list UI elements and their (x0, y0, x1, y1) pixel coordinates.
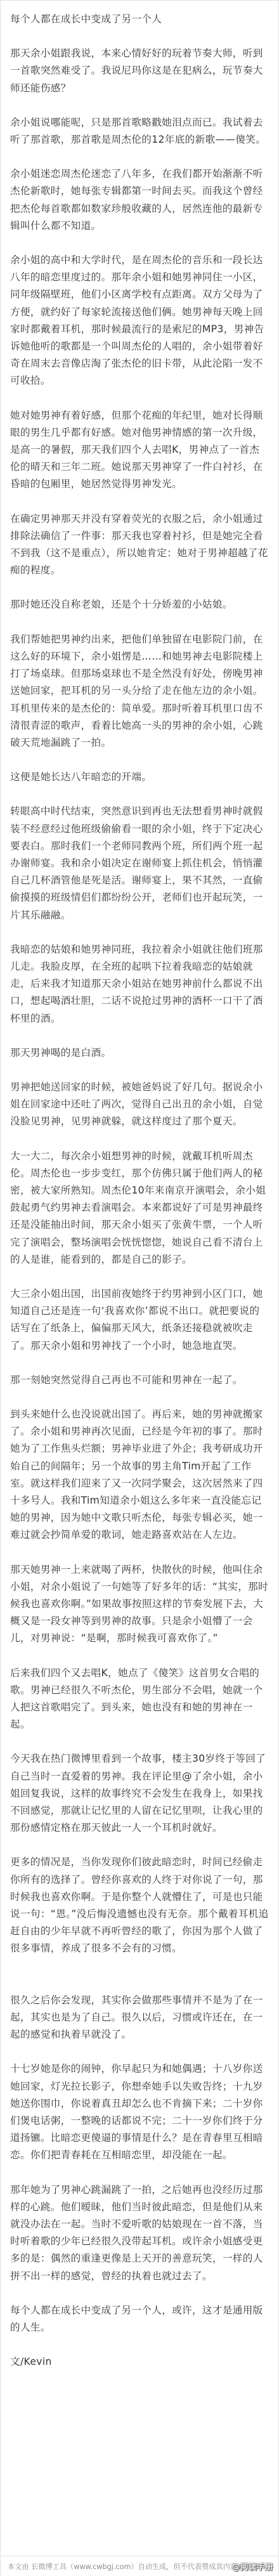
author-signature: 文/Kevin (10, 2353, 269, 2371)
paragraph-22: 很久之后你会发现，其实你会做那些事情并不是为了在一起，其实也是为了自己。很久以后… (10, 1992, 269, 2044)
paragraph-18: 那天她男神一上来就喝了两杯，快散伙的时候，他叫住余小姐，对余小姐说了一句她等了好… (10, 1561, 269, 1648)
paragraph-23: 十七岁她是你的闹钟，你早起只为和她偶遇；十八岁你送她回家，灯光拉长影子，你想牵她… (10, 2060, 269, 2164)
paragraph-12: 那天男神喝的是白酒。 (10, 1044, 269, 1062)
paragraph-5: 她对她男神有着好感，但那个花痴的年纪里，她对长得顺眼的男生几乎都有好感。她对他男… (10, 407, 269, 493)
paragraph-15: 大三余小姐出国，出国前夜她终于约男神到小区门口，她知道自己还是连一句‘我喜欢你’… (10, 1285, 269, 1355)
paragraph-19: 后来我们四个又去唱K，她点了《傻笑》这首男女合唱的歌。男神已经很久不听杰伦，男生… (10, 1665, 269, 1734)
paragraph-3: 余小姐迷恋周杰伦迷恋了八年多，在我们都开始渐渐不听杰伦新歌时，她每张专辑都第一时… (10, 166, 269, 235)
paragraph-16: 那一刻她突然觉得自己再也不可能和男神在一起了。 (10, 1372, 269, 1389)
paragraph-25: 每个人都在成长中变成了另一个人，或许，这才是通用版的人生。 (10, 2302, 269, 2336)
paragraph-7: 那时她还没自称老娘，还是个十分娇羞的小姑娘。 (10, 596, 269, 613)
paragraph-2: 余小姐说哪能呢，只是那首歌略戳她泪点而已。我试着去听了那首歌，那首歌是周杰伦的1… (10, 114, 269, 148)
article-body: 每个人都在成长中变成了另一个人 那天余小姐跟我说，本来心情好好的玩着节奏大师，听… (1, 1, 278, 2371)
paragraph-20: 今天我在热门微博里看到一个故事，楼主30岁终于等回了自己当时一直爱着的男神。我在… (10, 1750, 269, 1837)
paragraph-13: 男神把她送回家的时候，被她爸妈说了好几句。据说余小姐在回家途中还吐了两次，觉得自… (10, 1079, 269, 1131)
paragraph-11: 我暗恋的姑娘和她男神同班，我拉着余小姐就往他们班那儿走。我脸皮厚，在全班的起哄下… (10, 941, 269, 1027)
paragraph-21: 更多的情况是，当你发现你们彼此暗恋时，时间已经偷走你所有的选择了。曾经你喜欢的人… (10, 1854, 269, 1957)
paragraph-17: 到头来她什么也没说就出国了。再后来，她的男神就搬家了。余小姐和男神再次见面，已经… (10, 1406, 269, 1544)
paragraph-8: 我们帮她把男神约出来，把他们单独留在电影院门前，在这么好的环境下，余小姐愣是……… (10, 631, 269, 751)
long-weibo-page: 每个人都在成长中变成了另一个人 那天余小姐跟我说，本来心情好好的玩着节奏大师，听… (0, 0, 279, 2576)
paragraph-9: 这便是她长达八年暗恋的开端。 (10, 769, 269, 786)
generator-note: 本文由 长微博工具（www.cwbgj.com）自动生成，但不代表赞成其内容或立… (8, 2561, 259, 2572)
paragraph-4: 余小姐的高中和大学时代，是在周杰伦的音乐和一段长达八年的暗恋里度过的。那年余小姐… (10, 252, 269, 390)
paragraph-1: 那天余小姐跟我说，本来心情好好的玩着节奏大师，听到一首歌突然难受了。我说尼玛你这… (10, 45, 269, 97)
paragraph-10: 转眼高中时代结束，突然意识到再也无法想看男神时就假装不经意经过他班级偷偷看一眼的… (10, 803, 269, 923)
paragraph-14: 大一大二，每次余小姐想男神的时候，就戴耳机听周杰伦。周杰伦也一步步变红，那个仿佛… (10, 1148, 269, 1268)
watermark: @阅读手册 (232, 2561, 273, 2572)
paragraph-24: 那年她为了男神心跳漏跳了一拍，之后她再也没经历过那样的心跳。他们暧昧，他们当时彼… (10, 2182, 269, 2285)
article-title: 每个人都在成长中变成了另一个人 (10, 11, 269, 28)
paragraph-6: 在确定男神那天并没有穿着荧光的衣服之后，余小姐通过排除法确信了一件事：那天我也穿… (10, 511, 269, 580)
